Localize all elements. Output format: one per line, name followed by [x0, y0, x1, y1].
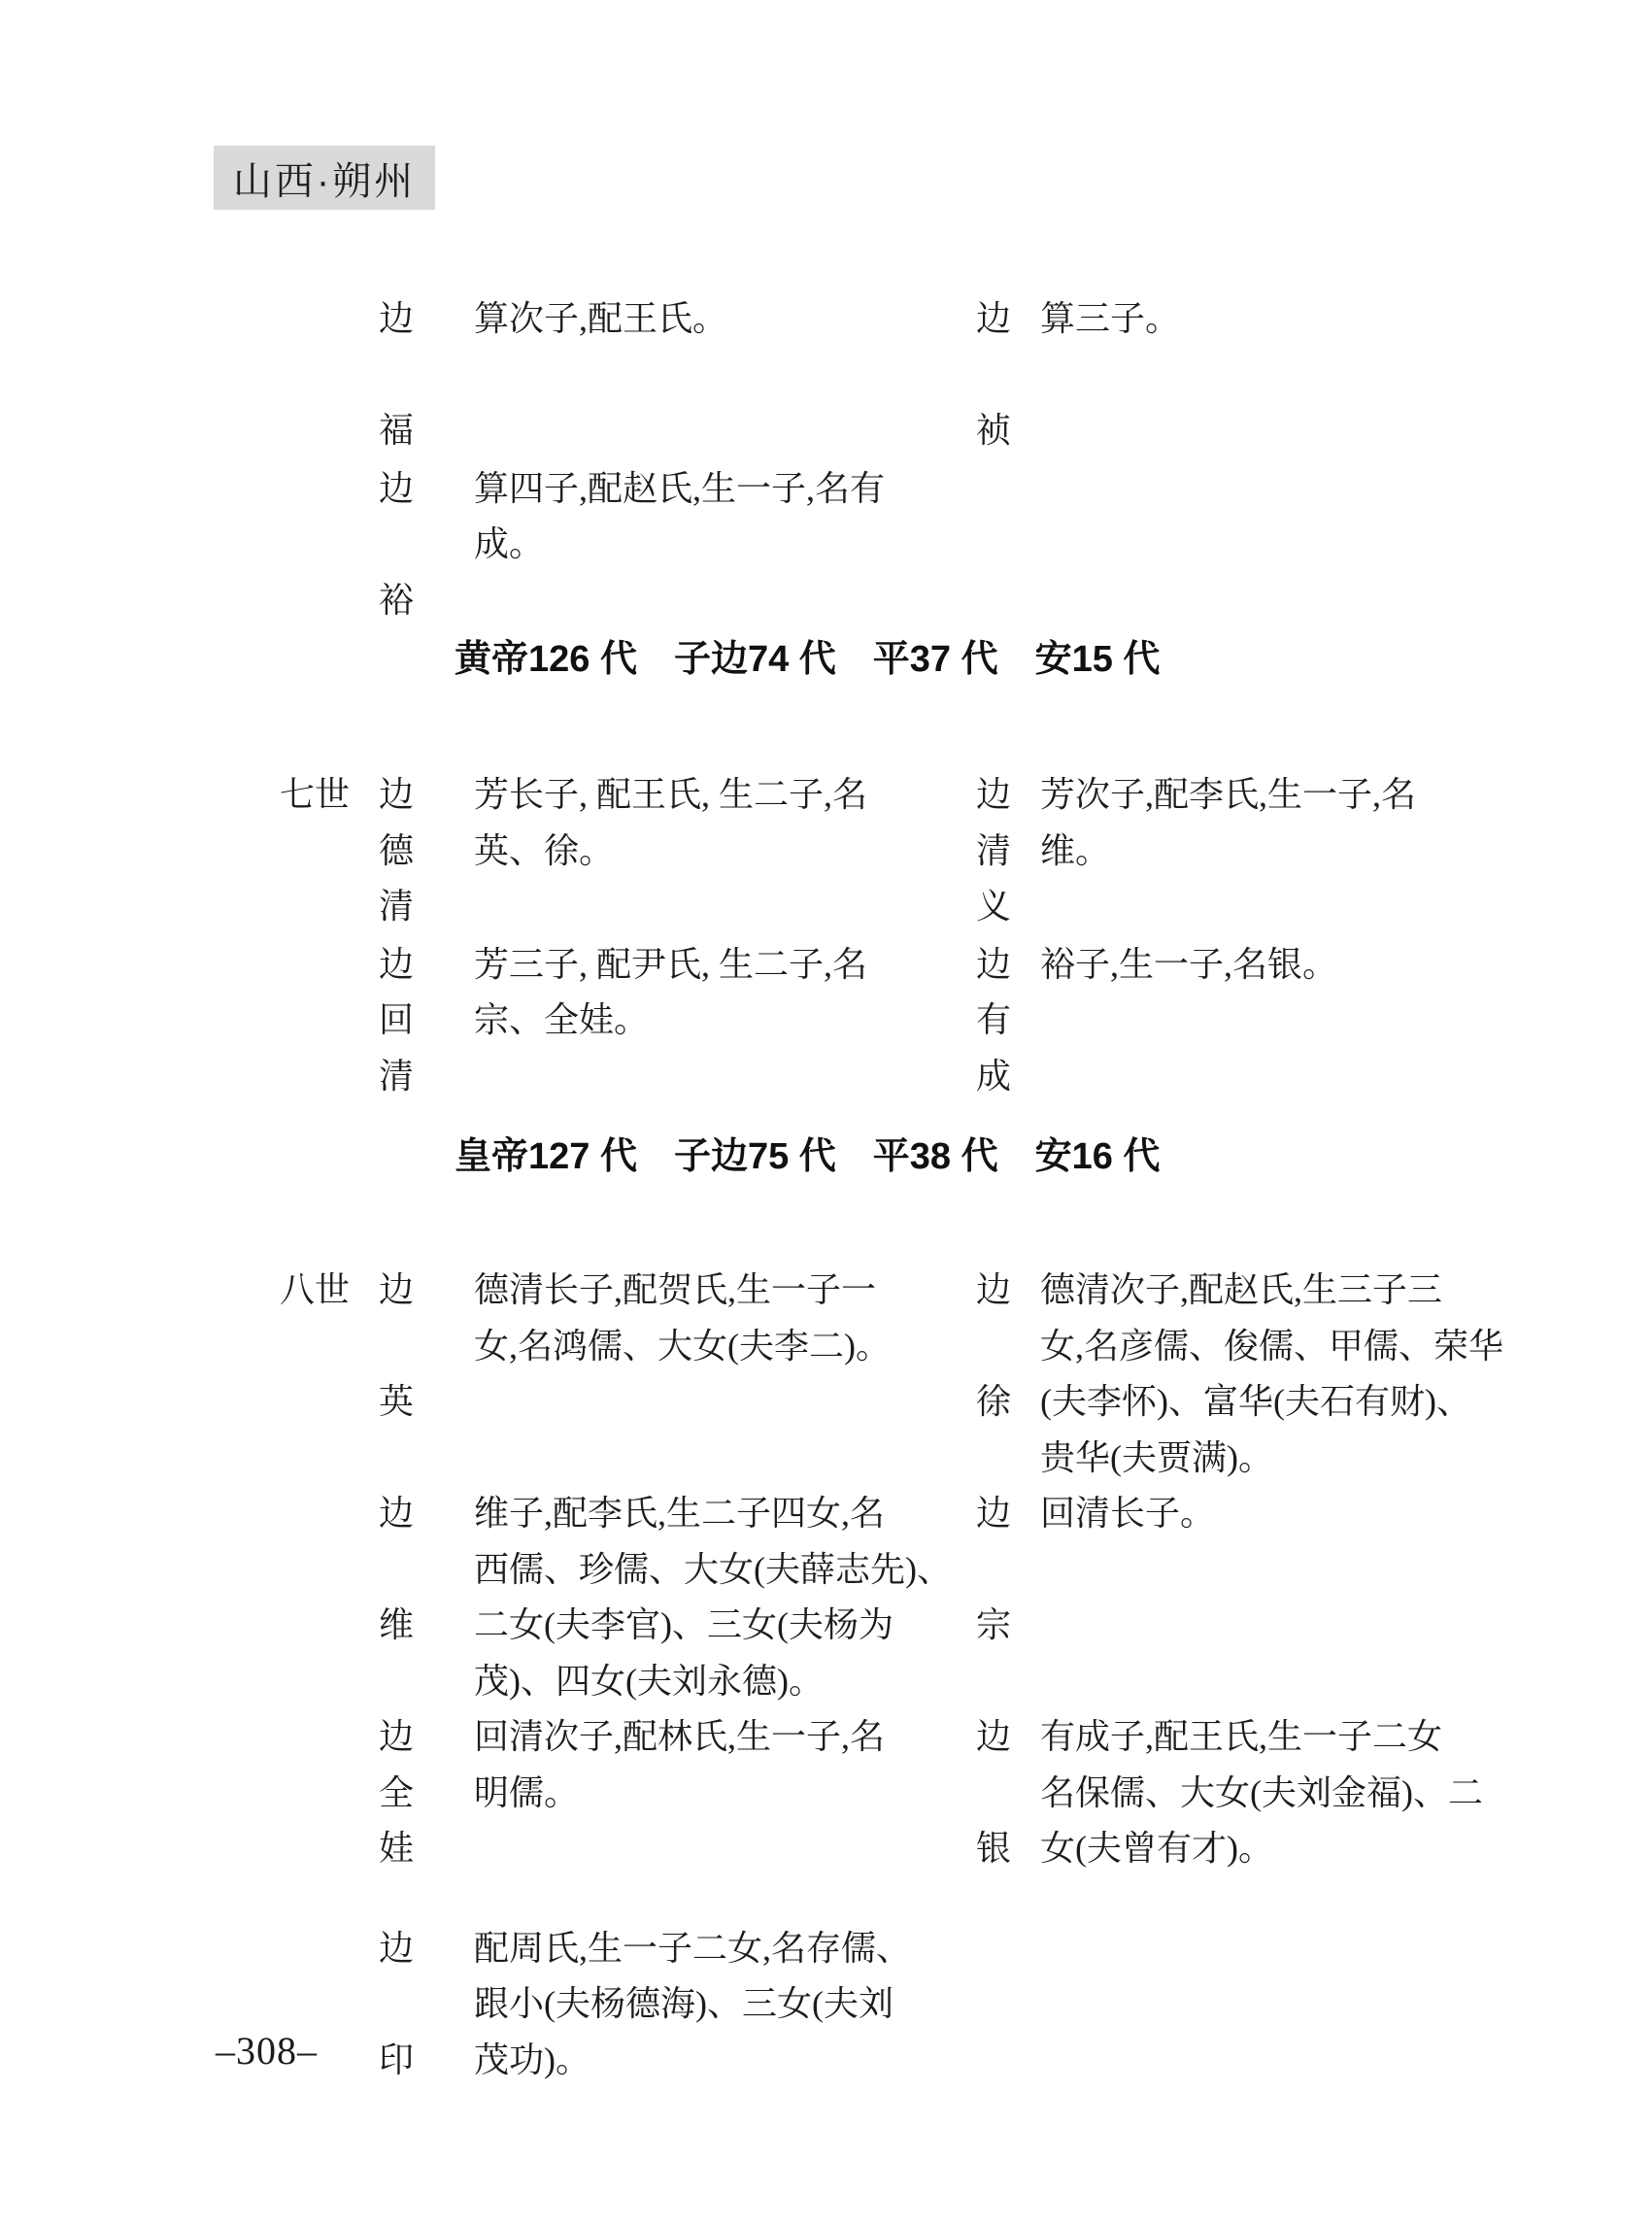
entry-surname: 边 英 [379, 1263, 474, 1431]
entry-text: 德清次子,配赵氏,生三子三 女,名彦儒、俊儒、甲儒、荣华 (夫李怀)、富华(夫石… [1040, 1263, 1545, 1486]
genealogy-row: 边 福 算次子,配王氏。 边 祯 算三子。 [280, 291, 1601, 459]
entry-surname: 边 有 成 [976, 937, 1040, 1105]
generation-label: 八世 [280, 1263, 379, 1319]
entry-surname: 边 银 [976, 1709, 1040, 1877]
genealogy-row: 边 回 清 芳三子, 配尹氏, 生二子,名 宗、全娃。 边 有 成 裕子,生一子… [280, 937, 1601, 1105]
entry-surname: 边 祯 [976, 291, 1040, 459]
entry-surname: 边 全 娃 [379, 1709, 474, 1877]
entry-text: 裕子,生一子,名银。 [1040, 937, 1545, 994]
genealogy-row: 七世 边 德 清 芳长子, 配王氏, 生二子,名 英、徐。 边 清 义 芳次子,… [280, 767, 1601, 935]
entry-text: 回清次子,配林氏,生一子,名 明儒。 [474, 1709, 976, 1821]
entry-surname: 边 印 [379, 1921, 474, 2089]
entry-text: 维子,配李氏,生二子四女,名 西儒、珍儒、大女(夫薛志先)、 二女(夫李官)、三… [474, 1486, 976, 1709]
genealogy-row: 边 全 娃 回清次子,配林氏,生一子,名 明儒。 边 银 有成子,配王氏,生一子… [280, 1709, 1601, 1877]
entry-text: 算三子。 [1040, 291, 1545, 348]
entry-text: 回清长子。 [1040, 1486, 1545, 1542]
entry-surname: 边 宗 [976, 1486, 1040, 1654]
entry-text: 德清长子,配贺氏,生一子一 女,名鸿儒、大女(夫李二)。 [474, 1263, 976, 1374]
genealogy-row: 边 维 维子,配李氏,生二子四女,名 西儒、珍儒、大女(夫薛志先)、 二女(夫李… [280, 1486, 1601, 1709]
entry-surname: 边 回 清 [379, 937, 474, 1105]
genealogy-row: 边 印 配周氏,生一子二女,名存儒、 跟小(夫杨德海)、三女(夫刘 茂功)。 [280, 1921, 1601, 2089]
entry-surname: 边 德 清 [379, 767, 474, 935]
page-number: –308– [216, 2028, 318, 2074]
region-tag: 山西·朔州 [214, 146, 435, 210]
entry-surname: 边 维 [379, 1486, 474, 1654]
generation-label: 七世 [280, 767, 379, 824]
region-tag-label: 山西·朔州 [233, 151, 416, 206]
entry-surname: 边 清 义 [976, 767, 1040, 935]
genealogy-row: 八世 边 英 德清长子,配贺氏,生一子一 女,名鸿儒、大女(夫李二)。 边 徐 … [280, 1263, 1601, 1486]
entry-text: 有成子,配王氏,生一子二女 名保儒、大女(夫刘金福)、二 女(夫曾有才)。 [1040, 1709, 1545, 1877]
genealogy-page: { "header": { "region_tag": "山西·朔州" }, "… [0, 0, 1652, 2226]
page-content: 边 福 算次子,配王氏。 边 祯 算三子。 边 裕 算四子,配赵氏,生一子,名有… [280, 291, 1601, 2088]
entry-text: 算次子,配王氏。 [474, 291, 976, 348]
entry-surname: 边 福 [379, 291, 474, 459]
genealogy-row: 边 裕 算四子,配赵氏,生一子,名有 成。 [280, 461, 1601, 629]
entry-text: 配周氏,生一子二女,名存儒、 跟小(夫杨德海)、三女(夫刘 茂功)。 [474, 1921, 976, 2089]
entry-text: 芳三子, 配尹氏, 生二子,名 宗、全娃。 [474, 937, 976, 1049]
entry-surname: 边 徐 [976, 1263, 1040, 1431]
entry-text: 芳次子,配李氏,生一子,名 维。 [1040, 767, 1545, 879]
entry-text: 算四子,配赵氏,生一子,名有 成。 [474, 461, 976, 573]
entry-text: 芳长子, 配王氏, 生二子,名 英、徐。 [474, 767, 976, 879]
generation-heading: 黄帝126 代 子边74 代 平37 代 安15 代 [455, 631, 1601, 688]
entry-surname: 边 裕 [379, 461, 474, 629]
generation-heading: 皇帝127 代 子边75 代 平38 代 安16 代 [455, 1129, 1601, 1185]
